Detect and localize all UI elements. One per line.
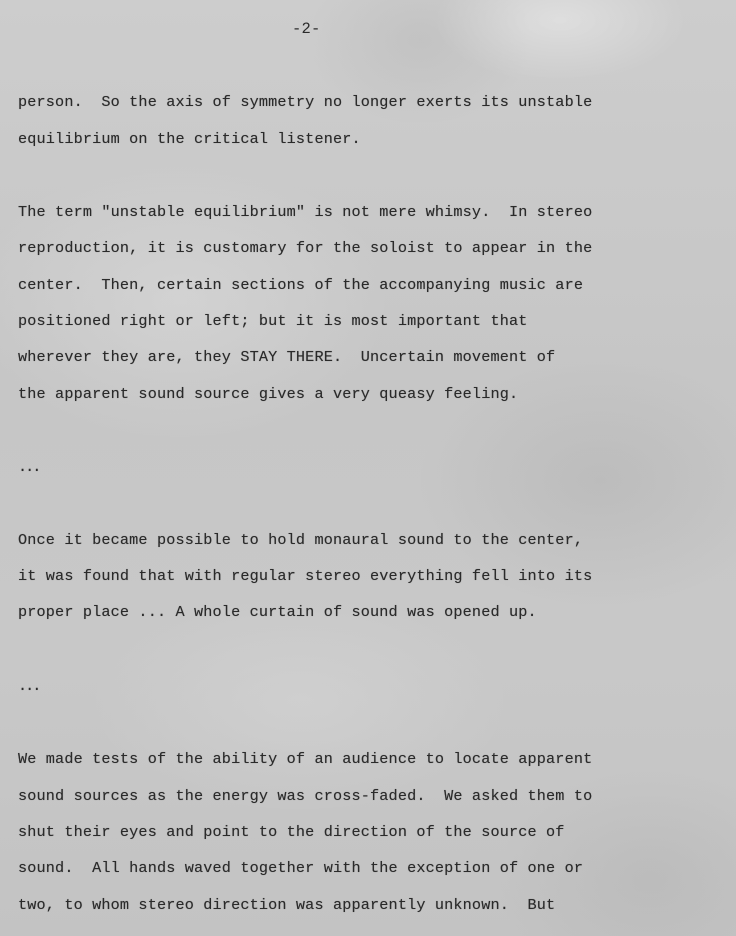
text-line: wherever they are, they STAY THERE. Unce…	[18, 348, 555, 366]
text-line: The term "unstable equilibrium" is not m…	[18, 203, 592, 221]
text-line: Once it became possible to hold monaural…	[18, 531, 583, 549]
text-line: the apparent sound source gives a very q…	[18, 385, 518, 403]
text-line: proper place ... A whole curtain of soun…	[18, 603, 537, 621]
text-line: two, to whom stereo direction was appare…	[18, 896, 555, 914]
text-line: sound. All hands waved together with the…	[18, 859, 583, 877]
text-line: sound sources as the energy was cross-fa…	[18, 787, 592, 805]
ellipsis: ...	[18, 458, 39, 476]
ellipsis: ...	[18, 677, 39, 695]
text-line: it was found that with regular stereo ev…	[18, 567, 592, 585]
typewritten-page: -2- person. So the axis of symmetry no l…	[0, 0, 736, 936]
page-number: -2-	[292, 20, 321, 38]
text-line: shut their eyes and point to the directi…	[18, 823, 565, 841]
text-line: reproduction, it is customary for the so…	[18, 239, 592, 257]
text-line: equilibrium on the critical listener.	[18, 130, 361, 148]
text-line: center. Then, certain sections of the ac…	[18, 276, 583, 294]
text-line: person. So the axis of symmetry no longe…	[18, 93, 592, 111]
text-line: positioned right or left; but it is most…	[18, 312, 528, 330]
text-line: We made tests of the ability of an audie…	[18, 750, 592, 768]
